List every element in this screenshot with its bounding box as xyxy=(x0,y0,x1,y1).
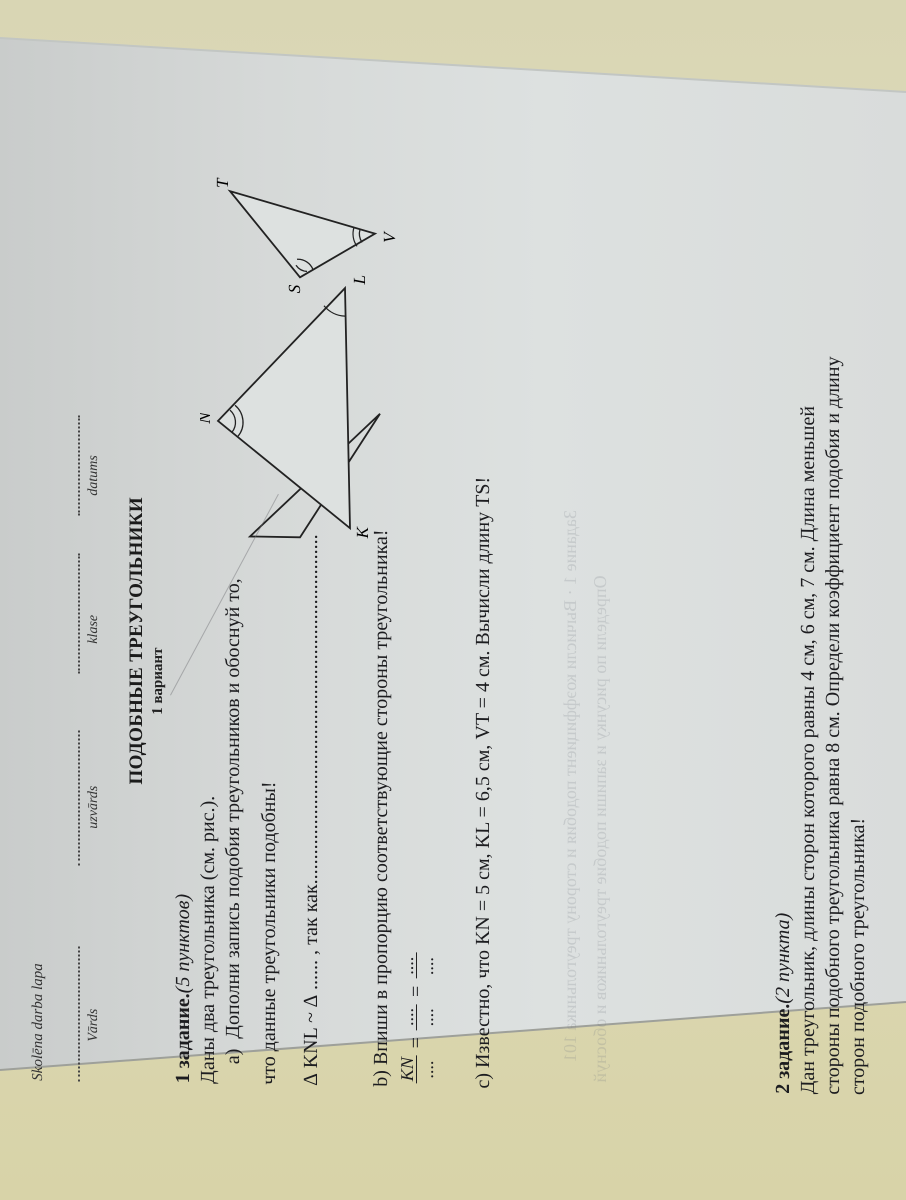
task1b-label: b) xyxy=(370,1070,392,1087)
equals-sign: = xyxy=(405,1037,427,1049)
vertex-N: N xyxy=(200,410,214,424)
ratio-3-numerator[interactable]: .... xyxy=(398,952,417,978)
task1a-line1: a) Дополни запись подобия треугольников … xyxy=(222,578,245,1064)
task2-points: (2 пункта) xyxy=(772,913,794,1004)
task1a-statement: ∆ KNL ~ ∆ ...... , так как..............… xyxy=(300,534,323,1086)
ratio-1-denominator[interactable]: .... xyxy=(417,1060,437,1078)
task1-intro: Даны два треугольника (см. рис.). xyxy=(197,796,220,1084)
task1b-line: b) Впиши в пропорцию соответствующие сто… xyxy=(370,529,393,1087)
ratio-1: KN .... xyxy=(398,1055,437,1084)
task1a-text: Дополни запись подобия треугольников и о… xyxy=(222,578,244,1039)
bleed-through-text: Определи по рисунку и запиши подобие тре… xyxy=(590,575,611,1083)
task2-heading: 2 задание. xyxy=(772,1003,794,1093)
task2-heading-line: 2 задание.(2 пункта) xyxy=(772,913,795,1094)
task2-line2: стороны подобного треугольника равна 8 с… xyxy=(822,356,845,1095)
task1-points: (5 пунктов) xyxy=(172,894,194,994)
task1a-label: a) xyxy=(222,1048,244,1064)
proportion: KN .... = .... .... = .... .... xyxy=(398,950,437,1085)
task1a-line2: что данные треугольники подобны! xyxy=(258,781,281,1085)
task2-line3: сторон подобного треугольника! xyxy=(847,818,870,1096)
vertex-S: S xyxy=(285,284,304,293)
surname-field-line[interactable] xyxy=(78,730,80,865)
ratio-1-numerator: KN xyxy=(398,1055,417,1083)
class-field-label: klase xyxy=(86,615,102,644)
vertex-L: L xyxy=(350,275,369,286)
variant-label: 1 вариант xyxy=(150,647,167,715)
task1b-text: Впиши в пропорцию соответствующие сторон… xyxy=(370,529,392,1065)
date-field-line[interactable] xyxy=(78,415,80,515)
similarity-statement: ∆ KNL ~ ∆ ...... , так как xyxy=(300,884,322,1086)
triangles-figure-main: K N L S V T xyxy=(200,176,500,541)
name-field-line[interactable] xyxy=(78,946,80,1081)
task1-heading: 1 задание. xyxy=(172,993,194,1083)
vertex-V: V xyxy=(380,230,399,243)
ratio-2-numerator[interactable]: .... xyxy=(398,1004,417,1030)
page-title: ПОДОБНЫЕ ТРЕУГОЛЬНИКИ xyxy=(126,497,148,785)
name-field-label: Vārds xyxy=(86,1009,102,1042)
date-field-label: datums xyxy=(86,455,102,496)
ratio-2: .... .... xyxy=(398,1004,437,1031)
bleed-through-text: Задание 1 · Вычисли коэффициент подобия … xyxy=(560,510,581,1062)
task1c-line: c) Известно, что KN = 5 см, KL = 6,5 см,… xyxy=(472,477,495,1089)
ratio-3: .... .... xyxy=(398,952,437,979)
task1c-label: c) xyxy=(472,1073,494,1089)
task1c-text: Известно, что KN = 5 см, KL = 6,5 см, VT… xyxy=(472,477,494,1068)
reason-blank[interactable]: ........................................… xyxy=(300,534,322,884)
ratio-2-denominator[interactable]: .... xyxy=(417,1008,437,1026)
surname-field-label: uzvārds xyxy=(86,786,102,829)
equals-sign: = xyxy=(405,986,427,998)
ratio-3-denominator[interactable]: .... xyxy=(417,957,437,975)
task1-heading-line: 1 задание.(5 пунктов) xyxy=(172,894,195,1084)
task2-line1: Дан треугольник, длины сторон которого р… xyxy=(797,406,820,1095)
school-label: Skolēna darba lapa xyxy=(30,963,47,1081)
class-field-line[interactable] xyxy=(78,553,80,673)
worksheet-document: Skolēna darba lapa Vārds uzvārds klase d… xyxy=(0,112,906,1128)
vertex-T: T xyxy=(213,177,232,188)
